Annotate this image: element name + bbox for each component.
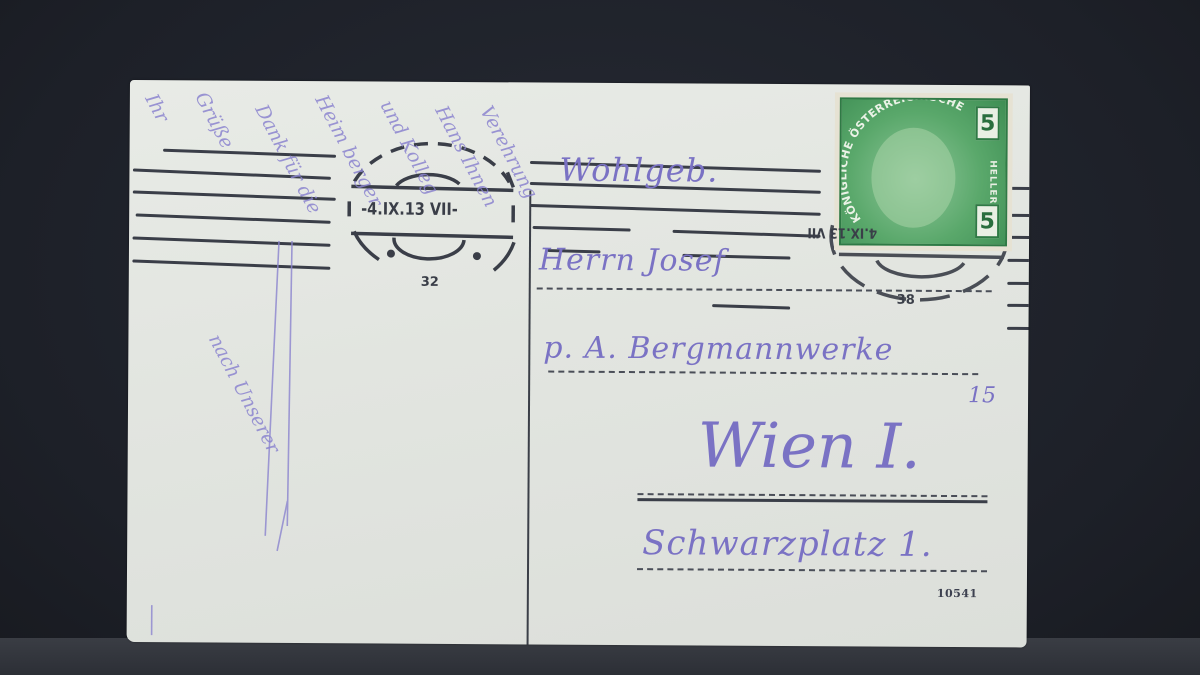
stamp-value-bottom: 5 bbox=[975, 204, 999, 238]
address-salutation: Wohlgeb. bbox=[559, 151, 718, 190]
postmark-2-date: 4.IX.13 VII bbox=[807, 224, 877, 240]
stamp-denomination: HELLER bbox=[987, 160, 997, 204]
serial-number: 10541 bbox=[937, 587, 978, 600]
address-recipient: Herrn Josef bbox=[539, 243, 726, 279]
postmark-2-number: 38 bbox=[897, 293, 915, 308]
address-street: Schwarzplatz 1. bbox=[642, 523, 933, 565]
address-company: p. A. Bergmannwerke bbox=[543, 331, 893, 368]
stamp-value-top: 5 bbox=[976, 106, 1000, 140]
postmark-1-number: 32 bbox=[421, 275, 439, 290]
address-house-number: 15 bbox=[968, 383, 996, 408]
postcard: KÖNIGLICHE ÖSTERREICHISCHE 5 HELLER 5 -4… bbox=[127, 80, 1030, 647]
address-city: Wien I. bbox=[698, 408, 921, 482]
